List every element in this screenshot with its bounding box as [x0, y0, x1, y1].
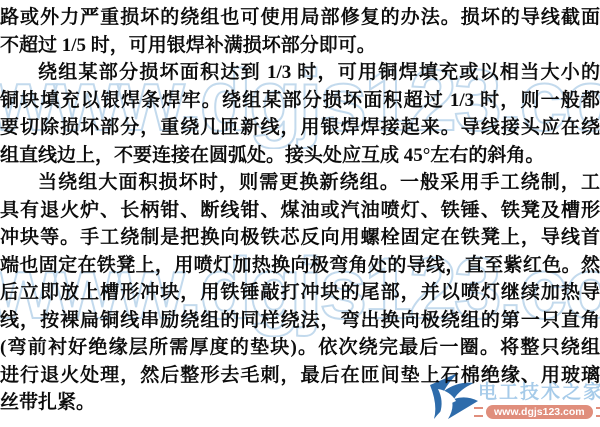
text-line: 具有退火炉、长柄钳、断线钳、煤油或汽油喷灯、铁锤、铁凳及槽形: [0, 197, 600, 225]
text-line: 组直线边上，不要连接在圆弧处。接头处应互成 45°左右的斜角。: [0, 142, 600, 170]
text-line: 线，按裸扁铜线串励绕组的同样绕法，弯出换向极绕组的第一只直角: [0, 307, 600, 335]
text-line: 丝带扎紧。: [0, 389, 600, 417]
document-text: 路或外力严重损坏的绕组也可使用局部修复的办法。损坏的导线截面 不超过 1/5 时…: [0, 4, 600, 417]
text-line: 绕组某部分损坏面积达到 1/3 时，可用铜焊填充或以相当大小的: [0, 59, 600, 87]
text-line: 后立即放上槽形冲块，用铁锤敲打冲块的尾部，并以喷灯继续加热导: [0, 279, 600, 307]
scanned-document-page: www.dgjs123.com www.dgjs123.com 电工技术之家 w…: [0, 0, 600, 427]
text-line: 不超过 1/5 时，可用银焊补满损坏部分即可。: [0, 32, 600, 60]
text-line: 冲块等。手工绕制是把换向极铁芯反向用螺栓固定在铁凳上，导线首: [0, 224, 600, 252]
text-line: 要切除损坏部分，重绕几匝新线，用银焊焊接起来。导线接头应在绕: [0, 114, 600, 142]
text-line: 进行退火处理，然后整形去毛刺，最后在匝间垫上石棉绝缘、用玻璃: [0, 362, 600, 390]
text-line: 当绕组大面积损坏时，则需更换新绕组。一般采用手工绕制，工: [0, 169, 600, 197]
text-line: (弯前衬好绝缘层所需厚度的垫块)。依次绕完最后一圈。将整只绕组: [0, 334, 600, 362]
text-line: 铜块填充以银焊条焊牢。绕组某部分损坏面积超过 1/3 时，则一般都: [0, 87, 600, 115]
text-line: 路或外力严重损坏的绕组也可使用局部修复的办法。损坏的导线截面: [0, 4, 600, 32]
text-line: 端也固定在铁凳上，用喷灯加热换向极弯角处的导线，直至紫红色。然: [0, 252, 600, 280]
